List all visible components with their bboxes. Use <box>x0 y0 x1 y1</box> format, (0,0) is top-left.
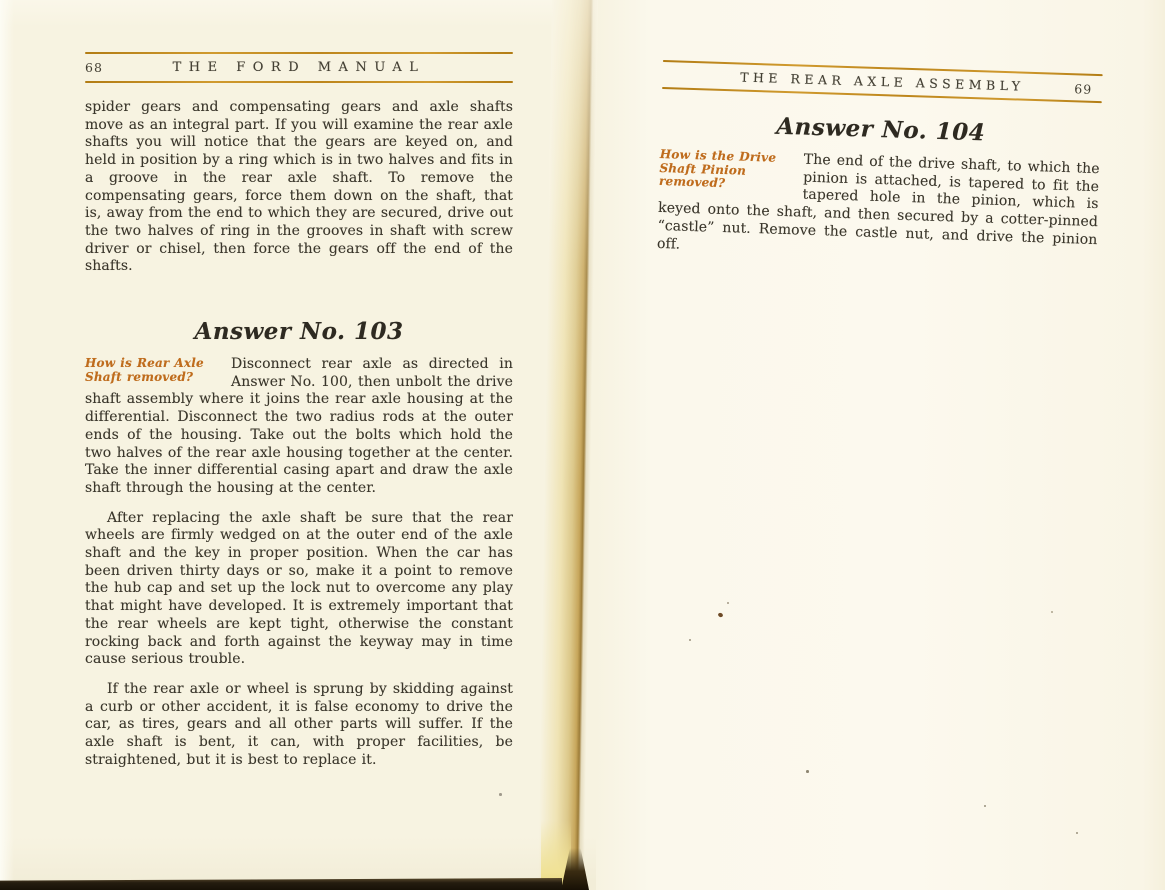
header-rule-top <box>85 52 513 54</box>
answer-103-question: How is Rear Axle Shaft removed? <box>85 356 227 387</box>
answer-104-question: How is the Drive Shaft Pinion removed? <box>659 147 800 195</box>
answer-104-block: How is the Drive Shaft Pinion removed? T… <box>657 147 1100 267</box>
answer-103-heading: Answer No. 103 <box>85 318 513 346</box>
answer-103-block: How is Rear Axle Shaft removed? Disconne… <box>85 356 513 498</box>
left-paragraph-2: After replacing the axle shaft be sure t… <box>85 510 513 669</box>
scan-speck <box>1051 611 1053 613</box>
right-page-number: 69 <box>1074 81 1092 97</box>
scan-speck <box>499 793 502 796</box>
answer-104-heading: Answer No. 104 <box>660 109 1101 151</box>
left-page-header: 68 THE FORD MANUAL <box>85 48 513 84</box>
left-page-content: 68 THE FORD MANUAL spider gears and comp… <box>85 48 513 770</box>
left-header-row: 68 THE FORD MANUAL <box>85 60 513 75</box>
question-line: How is Rear Axle <box>85 357 227 371</box>
question-line: Shaft removed? <box>85 371 227 385</box>
scan-speck <box>984 805 986 807</box>
left-running-head: THE FORD MANUAL <box>85 60 513 75</box>
scan-speck <box>806 770 809 773</box>
left-paragraph-3: If the rear axle or wheel is sprung by s… <box>85 681 513 770</box>
header-rule-bottom <box>85 81 513 83</box>
left-intro-paragraph: spider gears and compensating gears and … <box>85 99 513 276</box>
scan-speck <box>689 639 691 641</box>
right-page-content: THE REAR AXLE ASSEMBLY 69 Answer No. 104… <box>657 58 1103 267</box>
scan-speck <box>727 602 729 604</box>
book-scan-spread: 68 THE FORD MANUAL spider gears and comp… <box>0 0 1165 890</box>
scan-speck <box>1076 832 1078 834</box>
